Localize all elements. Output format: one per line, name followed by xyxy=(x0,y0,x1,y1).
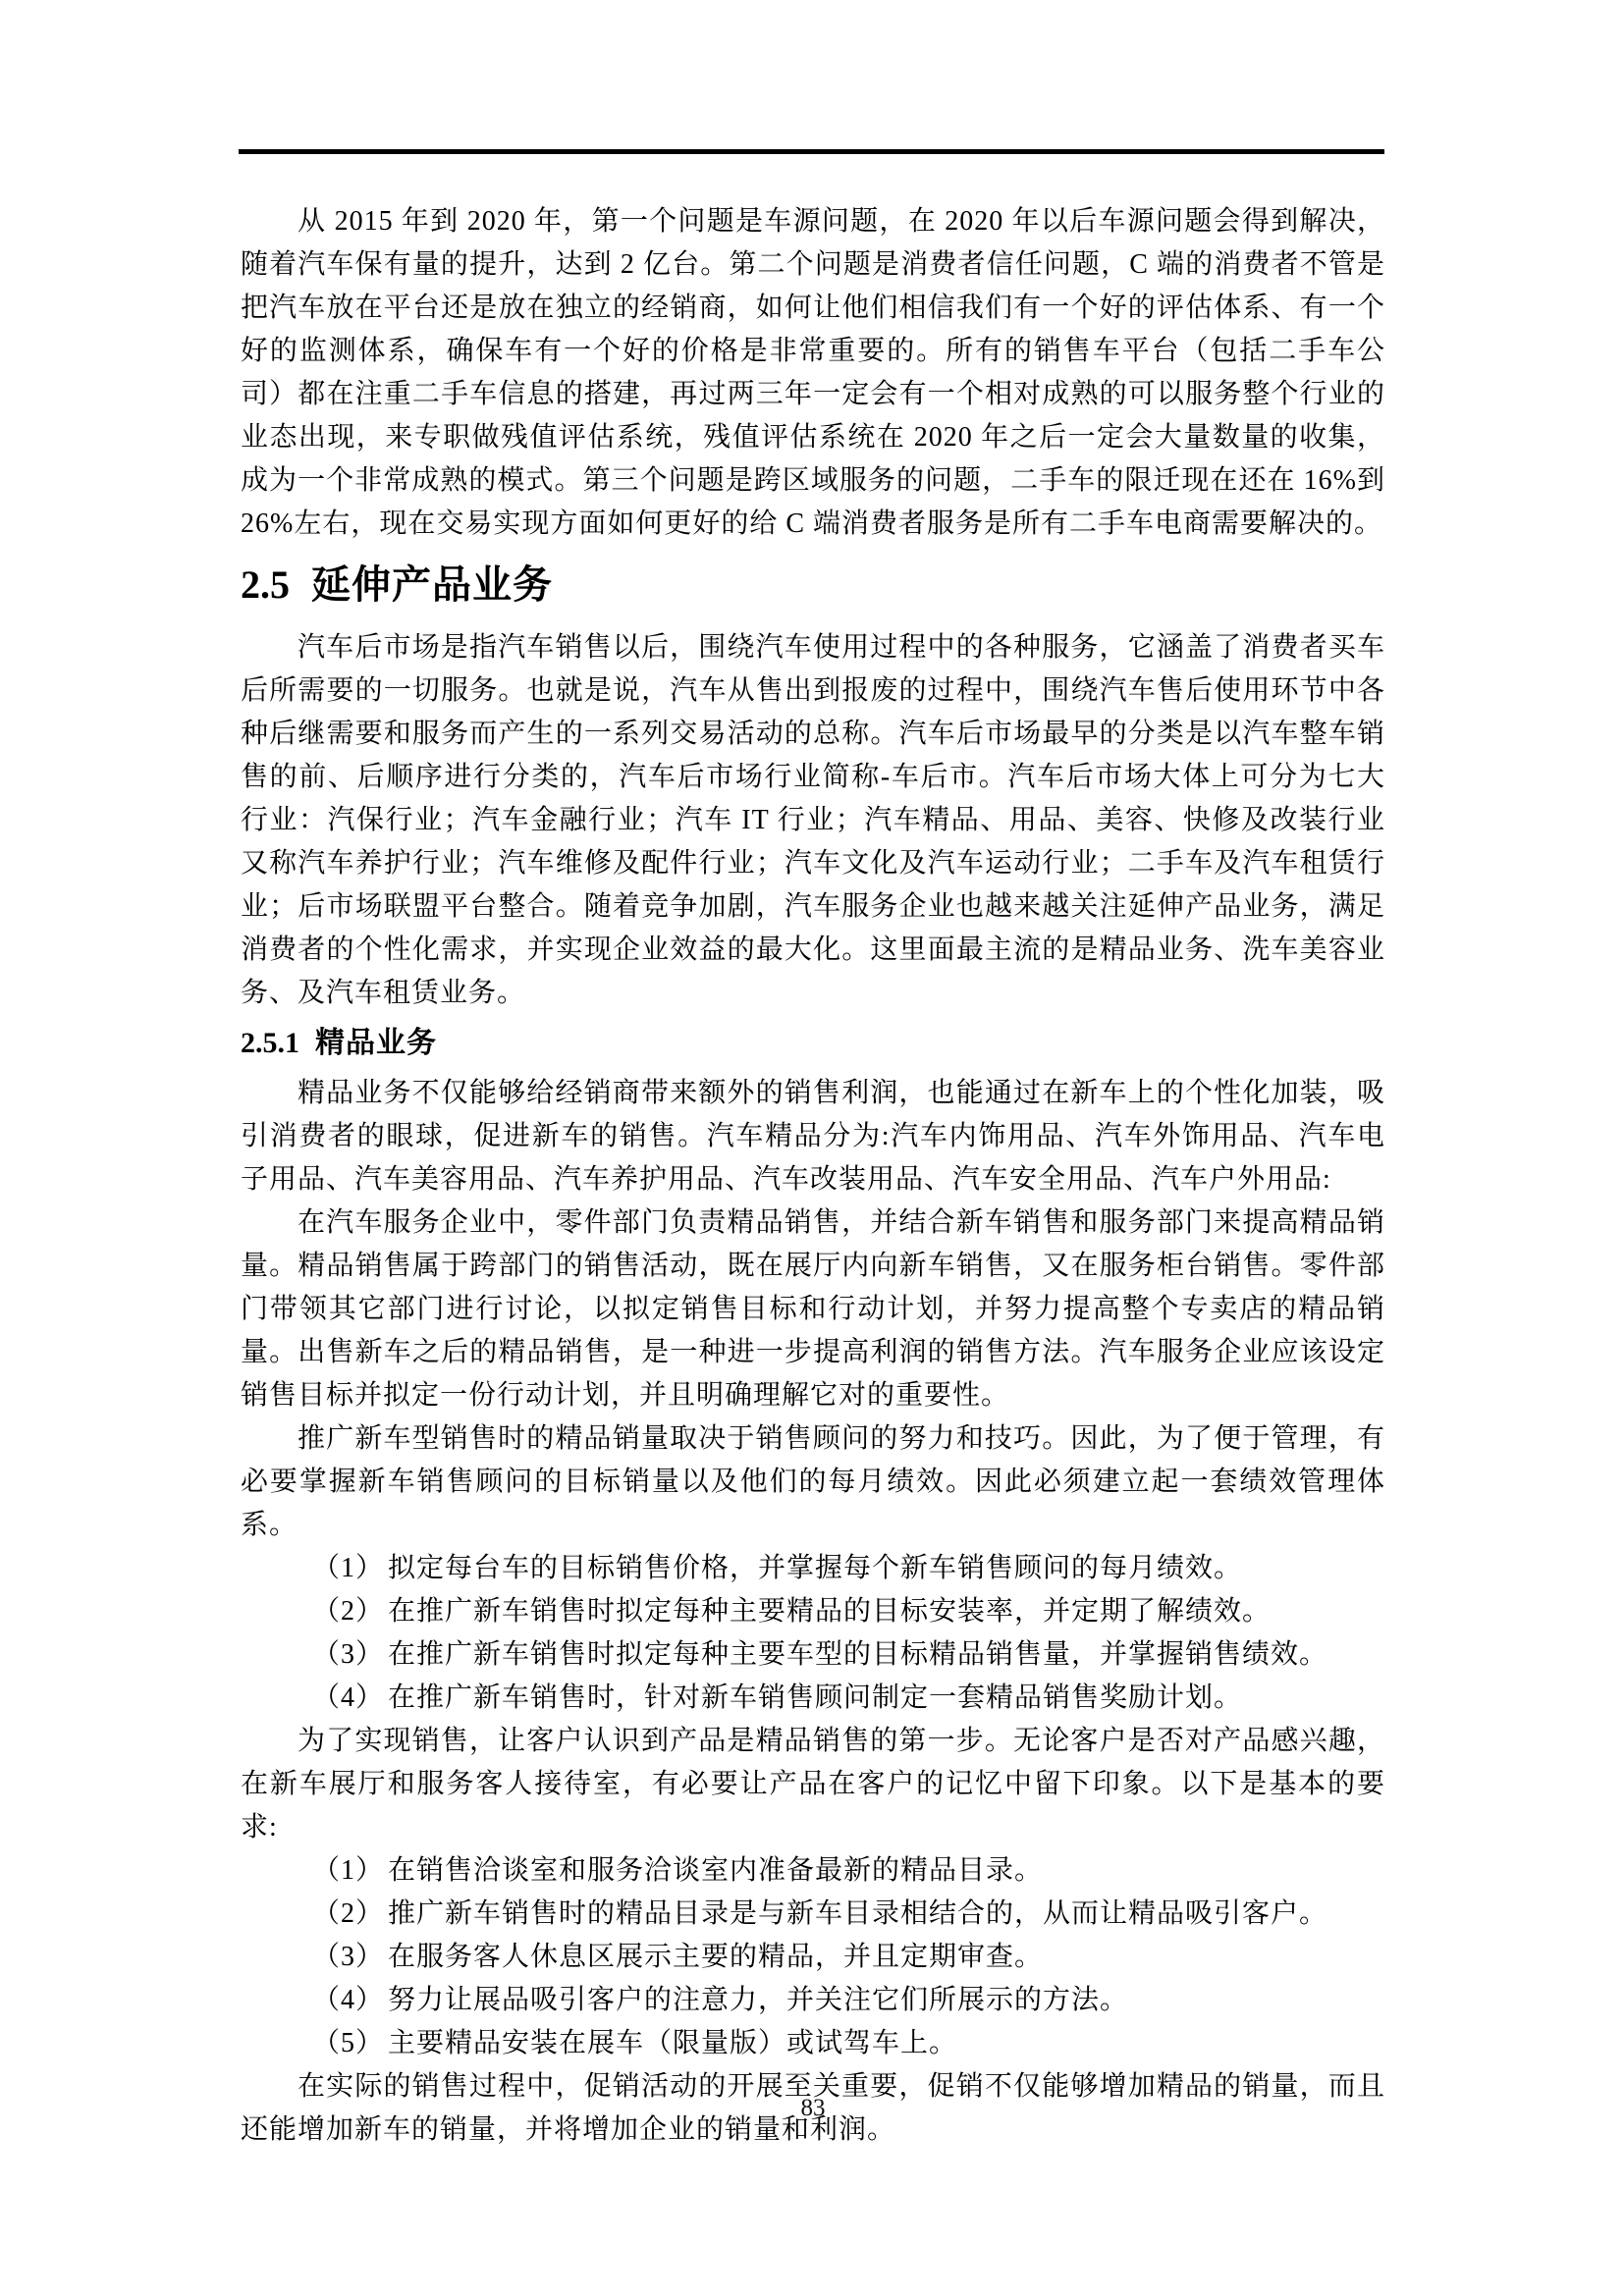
list-item-marker: （5） xyxy=(312,2022,388,2065)
list-item: （1）拟定每台车的目标销售价格，并掌握每个新车销售顾问的每月绩效。 xyxy=(312,1547,1385,1590)
subsection-heading: 2.5.1精品业务 xyxy=(241,1019,1385,1068)
list-item-text: 在推广新车销售时，针对新车销售顾问制定一套精品销售奖励计划。 xyxy=(388,1682,1242,1713)
aftermarket-paragraph: 汽车后市场是指汽车销售以后，围绕汽车使用过程中的各种服务，它涵盖了消费者买车后所… xyxy=(241,626,1385,1015)
list-item-marker: （3） xyxy=(312,1936,388,1979)
requirements-list: （1）在销售洽谈室和服务洽谈室内准备最新的精品目录。 （2）推广新车销售时的精品… xyxy=(241,1849,1385,2065)
section-number: 2.5 xyxy=(241,562,290,607)
list-item: （3）在推广新车销售时拟定每种主要车型的目标精品销售量，并掌握销售绩效。 xyxy=(312,1633,1385,1677)
list-item-marker: （1） xyxy=(312,1849,388,1893)
list-item-marker: （4） xyxy=(312,1979,388,2022)
list-item-text: 在推广新车销售时拟定每种主要精品的目标安装率，并定期了解绩效。 xyxy=(388,1596,1271,1627)
list-item-text: 在销售洽谈室和服务洽谈室内准备最新的精品目录。 xyxy=(388,1855,1043,1886)
section-title: 延伸产品业务 xyxy=(311,562,553,607)
subsection-number: 2.5.1 xyxy=(241,1027,299,1059)
performance-paragraph: 推广新车型销售时的精品销量取决于销售顾问的努力和技巧。因此，为了便于管理，有必要… xyxy=(241,1417,1385,1547)
list-item-marker: （1） xyxy=(312,1547,388,1590)
intro-paragraph: 从 2015 年到 2020 年，第一个问题是车源问题，在 2020 年以后车源… xyxy=(241,200,1385,546)
list-item-marker: （2） xyxy=(312,1893,388,1936)
page-footer: 83 xyxy=(241,2087,1385,2130)
list-item-marker: （2） xyxy=(312,1590,388,1633)
boutique-intro-paragraph: 精品业务不仅能够给经销商带来额外的销售利润，也能通过在新车上的个性化加装，吸引消… xyxy=(241,1072,1385,1201)
list-item-text: 推广新车销售时的精品目录是与新车目录相结合的，从而让精品吸引客户。 xyxy=(388,1898,1327,1929)
recognition-paragraph: 为了实现销售，让客户认识到产品是精品销售的第一步。无论客户是否对产品感兴趣，在新… xyxy=(241,1720,1385,1849)
performance-list: （1）拟定每台车的目标销售价格，并掌握每个新车销售顾问的每月绩效。 （2）在推广… xyxy=(241,1547,1385,1720)
list-item-text: 在服务客人休息区展示主要的精品，并且定期审查。 xyxy=(388,1942,1043,1972)
list-item: （4）在推广新车销售时，针对新车销售顾问制定一套精品销售奖励计划。 xyxy=(312,1677,1385,1720)
boutique-sales-paragraph: 在汽车服务企业中，零件部门负责精品销售，并结合新车销售和服务部门来提高精品销量。… xyxy=(241,1201,1385,1417)
page-number: 83 xyxy=(801,2095,826,2121)
list-item: （2）在推广新车销售时拟定每种主要精品的目标安装率，并定期了解绩效。 xyxy=(312,1590,1385,1633)
list-item-marker: （3） xyxy=(312,1633,388,1677)
list-item-text: 在推广新车销售时拟定每种主要车型的目标精品销售量，并掌握销售绩效。 xyxy=(388,1639,1327,1670)
page-content: 从 2015 年到 2020 年，第一个问题是车源问题，在 2020 年以后车源… xyxy=(241,0,1385,2152)
list-item: （3）在服务客人休息区展示主要的精品，并且定期审查。 xyxy=(312,1936,1385,1979)
list-item-text: 主要精品安装在展车（限量版）或试驾车上。 xyxy=(388,2028,957,2058)
list-item-text: 努力让展品吸引客户的注意力，并关注它们所展示的方法。 xyxy=(388,1985,1128,2015)
list-item: （2）推广新车销售时的精品目录是与新车目录相结合的，从而让精品吸引客户。 xyxy=(312,1893,1385,1936)
document-page: 从 2015 年到 2020 年，第一个问题是车源问题，在 2020 年以后车源… xyxy=(0,0,1624,2296)
list-item-marker: （4） xyxy=(312,1677,388,1720)
list-item: （4）努力让展品吸引客户的注意力，并关注它们所展示的方法。 xyxy=(312,1979,1385,2022)
subsection-title: 精品业务 xyxy=(315,1027,437,1059)
section-heading: 2.5延伸产品业务 xyxy=(241,558,1385,613)
list-item: （1）在销售洽谈室和服务洽谈室内准备最新的精品目录。 xyxy=(312,1849,1385,1893)
list-item-text: 拟定每台车的目标销售价格，并掌握每个新车销售顾问的每月绩效。 xyxy=(388,1553,1242,1583)
list-item: （5）主要精品安装在展车（限量版）或试驾车上。 xyxy=(312,2022,1385,2065)
